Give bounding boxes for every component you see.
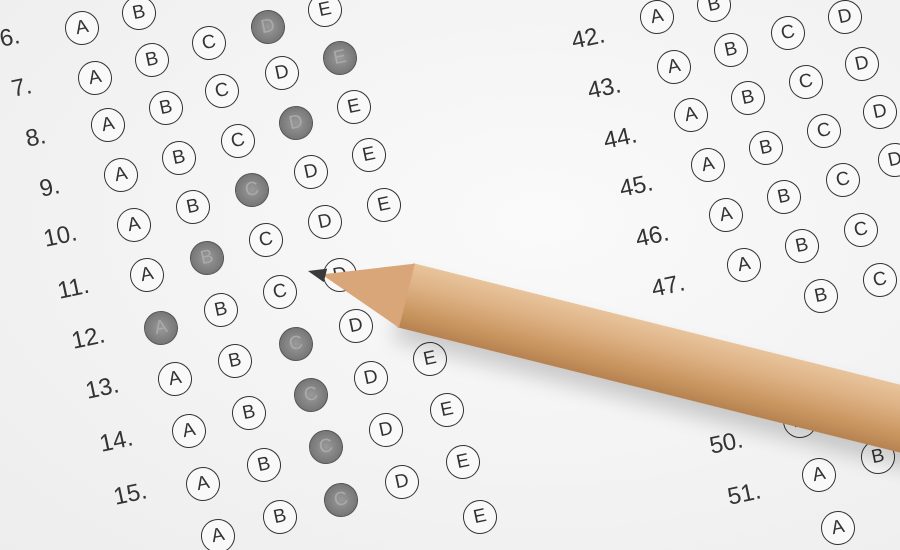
answer-bubble: A	[169, 411, 209, 451]
answer-bubble: B	[728, 78, 768, 118]
question-number: 44.	[601, 121, 639, 155]
answer-bubble: B	[146, 88, 186, 128]
question-number: 47.	[649, 269, 687, 303]
filled-answer-bubble: C	[276, 324, 316, 364]
answer-bubble: B	[801, 276, 841, 316]
question-number: 9.	[37, 172, 62, 204]
question-number: 14.	[97, 424, 135, 458]
answer-bubble: C	[202, 71, 242, 111]
answer-bubble: C	[260, 272, 300, 312]
answer-bubble: D	[842, 44, 882, 84]
answer-bubble: C	[841, 210, 881, 250]
answer-bubble: C	[768, 13, 808, 53]
answer-bubble: A	[688, 145, 728, 185]
answer-bubble: C	[860, 260, 900, 300]
answer-bubble: A	[799, 455, 839, 495]
answer-bubble: B	[229, 393, 269, 433]
answer-bubble: A	[671, 95, 711, 135]
question-number: 12.	[69, 321, 107, 355]
answer-bubble: D	[366, 410, 406, 450]
question-number: 45.	[617, 169, 655, 203]
answer-bubble: D	[825, 0, 865, 37]
answer-bubble: E	[427, 390, 467, 430]
answer-bubble: A	[62, 8, 102, 48]
answer-bubble: D	[382, 462, 422, 502]
question-number: 10.	[41, 219, 79, 253]
answer-bubble: A	[637, 0, 677, 37]
answer-bubble: B	[244, 445, 284, 485]
answer-bubble: D	[305, 202, 345, 242]
question-number: 13.	[83, 371, 121, 405]
question-number: 6.	[0, 22, 22, 54]
answer-bubble: C	[246, 220, 286, 260]
answer-bubble: B	[694, 0, 734, 25]
answer-bubble: B	[215, 341, 255, 381]
question-number: 42.	[569, 21, 607, 55]
answer-bubble: A	[183, 464, 223, 504]
answer-bubble: B	[260, 497, 300, 537]
answer-bubble: A	[155, 359, 195, 399]
answer-bubble: A	[75, 58, 115, 98]
answer-bubble: A	[818, 508, 858, 548]
filled-answer-bubble: B	[187, 238, 227, 278]
answer-bubble: E	[410, 339, 450, 379]
pencil-lead	[306, 264, 327, 282]
answer-bubble: E	[305, 0, 345, 30]
answer-bubble: C	[823, 160, 863, 200]
answer-bubble: A	[88, 105, 128, 145]
answer-bubble: A	[101, 155, 141, 195]
answer-bubble: C	[786, 62, 826, 102]
question-number: 46.	[633, 219, 671, 253]
answer-bubble: B	[711, 30, 751, 70]
filled-answer-bubble: C	[232, 170, 272, 210]
answer-bubble: A	[654, 47, 694, 87]
answer-bubble: E	[364, 185, 404, 225]
answer-bubble: A	[198, 516, 238, 550]
answer-bubble: D	[291, 152, 331, 192]
answer-bubble: A	[114, 205, 154, 245]
question-number: 15.	[111, 477, 149, 511]
answer-bubble: D	[351, 358, 391, 398]
answer-bubble: B	[764, 177, 804, 217]
filled-answer-bubble: C	[291, 375, 331, 415]
answer-bubble: B	[119, 0, 159, 33]
filled-answer-bubble: D	[248, 7, 288, 47]
filled-answer-bubble: C	[321, 480, 361, 520]
filled-answer-bubble: E	[320, 38, 360, 78]
question-number: 50.	[707, 426, 745, 460]
answer-bubble: E	[334, 87, 374, 127]
answer-bubble: E	[349, 135, 389, 175]
question-number: 8.	[23, 122, 48, 154]
answer-bubble: C	[804, 111, 844, 151]
answer-bubble: A	[706, 195, 746, 235]
filled-answer-bubble: C	[306, 427, 346, 467]
answer-bubble: D	[262, 53, 302, 93]
answer-bubble: B	[201, 290, 241, 330]
answer-bubble: E	[443, 442, 483, 482]
answer-bubble: D	[875, 140, 900, 180]
answer-bubble: C	[189, 23, 229, 63]
answer-bubble: E	[460, 497, 500, 537]
answer-bubble: A	[127, 255, 167, 295]
question-number: 11.	[55, 272, 92, 306]
question-number: 43.	[585, 71, 623, 105]
answer-bubble: B	[132, 40, 172, 80]
answer-bubble: B	[159, 138, 199, 178]
question-number: 7.	[9, 72, 34, 104]
answer-bubble: A	[724, 245, 764, 285]
answer-bubble: D	[860, 92, 900, 132]
filled-answer-bubble: D	[276, 103, 316, 143]
answer-bubble: B	[782, 226, 822, 266]
filled-answer-bubble: A	[141, 308, 181, 348]
answer-bubble: C	[218, 121, 258, 161]
answer-bubble: B	[173, 187, 213, 227]
question-number: 51.	[725, 477, 763, 511]
answer-bubble: B	[746, 128, 786, 168]
